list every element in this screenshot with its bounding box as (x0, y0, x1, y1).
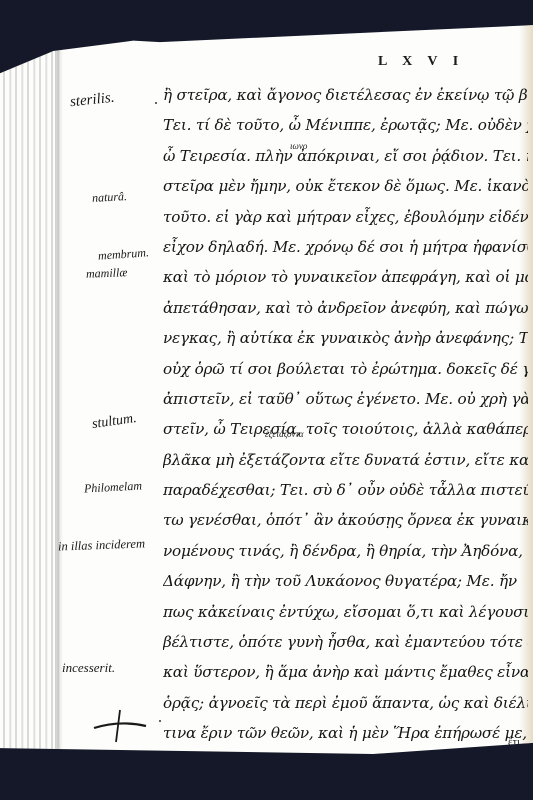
text-line: ὦ Τειρεσία. πλὴν ἀπόκριναι, εἴ σοι ῥᾴδιο… (163, 141, 528, 171)
text-line: τω γενέσθαι, ὁπότ᾽ ἂν ἀκούσῃς ὄρνεα ἐκ γ… (163, 505, 528, 535)
margin-note: naturâ. (92, 189, 128, 206)
text-line: ὁρᾷς; ἀγνοεῖς τὰ περὶ ἐμοῦ ἅπαντα, ὡς κα… (163, 688, 528, 718)
page-number: L X V I (378, 54, 464, 70)
ink-speck (155, 102, 157, 104)
text-line: νεγκας, ἢ αὐτίκα ἐκ γυναικὸς ἀνὴρ ἀνεφάν… (163, 323, 528, 353)
margin-note: incesserit. (62, 660, 115, 676)
text-line: βέλτιστε, ὁπότε γυνὴ ἦσθα, καὶ ἐμαντεύου… (163, 627, 528, 657)
text-line: στεῖν, ὦ Τειρεσία, τοῖς τοιούτοις, ἀλλὰ … (163, 414, 528, 444)
text-line: εἶχον δηλαδή. Με. χρόνῳ δέ σοι ἡ μήτρα ἠ… (163, 232, 528, 262)
text-line: πως κἀκείναις ἐντύχω, εἴσομαι ὅ,τι καὶ λ… (163, 597, 528, 627)
cross-mark-icon (90, 704, 150, 744)
margin-note: sterilis. (69, 90, 115, 112)
text-line: ἀπιστεῖν, εἰ ταῦθ᾽ οὕτως ἐγένετο. Με. οὐ… (163, 384, 528, 414)
text-line: Τει. τί δὲ τοῦτο, ὦ Μένιππε, ἐρωτᾷς; Με.… (163, 110, 528, 140)
interlinear-note: ιωνο (290, 141, 307, 151)
text-line: βλᾶκα μὴ ἐξετάζοντα εἴτε δυνατά ἐστιν, ε… (163, 445, 528, 475)
book-page: L X V I ἢ στεῖρα, καὶ ἄγονος διετέλεσας … (0, 14, 533, 754)
margin-note: mamillæ (86, 265, 128, 281)
interlinear-note: ἐξετάζοντα (265, 429, 303, 439)
gutter-shadow (55, 14, 63, 754)
catchword: ἔτι (508, 736, 520, 748)
text-line: οὐχ ὁρῶ τί σοι βούλεται τὸ ἐρώτημα. δοκε… (163, 354, 528, 384)
margin-note: membrum. (98, 245, 150, 264)
text-line: ἢ στεῖρα, καὶ ἄγονος διετέλεσας ἐν ἐκείν… (163, 80, 528, 110)
page-edges-gutter (0, 14, 62, 754)
text-line: τινα ἔριν τῶν θεῶν, καὶ ἡ μὲν Ἥρα ἐπήρωσ… (163, 718, 528, 748)
margin-note: Philomelam (84, 478, 143, 496)
margin-note: in illas inciderem (58, 536, 146, 554)
text-line: καὶ ὕστερον, ἢ ἅμα ἀνὴρ καὶ μάντις ἔμαθε… (163, 657, 528, 687)
text-line: Ζεὺς, παρεμυθήσατο τῇ μαντικῇ τὴν συμφορ… (163, 749, 528, 779)
text-line: τοῦτο. εἰ γὰρ καὶ μήτραν εἶχες, ἐβουλόμη… (163, 202, 528, 232)
ink-speck (159, 720, 161, 722)
text-line: Δάφνην, ἢ τὴν τοῦ Λυκάονος θυγατέρα; Με.… (163, 566, 528, 596)
text-line: παραδέχεσθαι; Τει. σὺ δ᾽ οὖν οὐδὲ τἆλλα … (163, 475, 528, 505)
greek-text-block: ἢ στεῖρα, καὶ ἄγονος διετέλεσας ἐν ἐκείν… (163, 80, 528, 779)
margin-note: stultum. (91, 411, 138, 433)
text-line: στεῖρα μὲν ἤμην, οὐκ ἔτεκον δὲ ὅμως. Με.… (163, 171, 528, 201)
text-line: ἀπετάθησαν, καὶ τὸ ἀνδρεῖον ἀνεφύη, καὶ … (163, 293, 528, 323)
text-line: καὶ τὸ μόριον τὸ γυναικεῖον ἀπεφράγη, κα… (163, 262, 528, 292)
text-line: νομένους τινάς, ἢ δένδρα, ἢ θηρία, τὴν Ἀ… (163, 536, 528, 566)
